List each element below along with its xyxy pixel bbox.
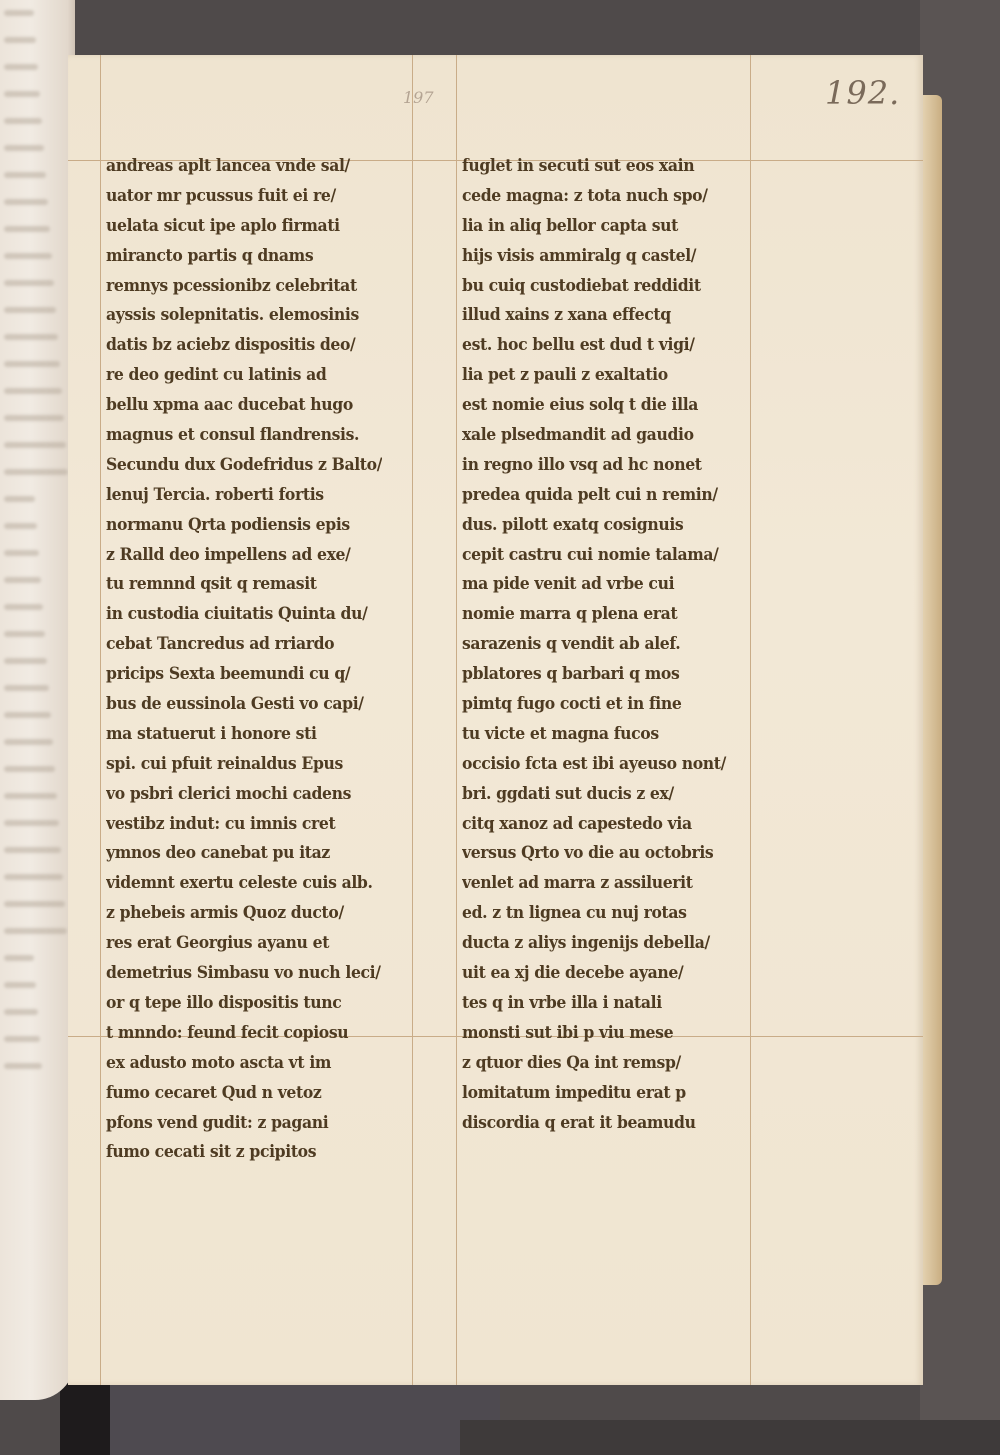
manuscript-line: hijs visis ammiralg q castel/ bbox=[462, 242, 738, 272]
manuscript-line: nomie marra q plena erat bbox=[462, 600, 738, 630]
manuscript-line: in custodia ciuitatis Quinta du/ bbox=[106, 600, 382, 630]
manuscript-line: ducta z aliys ingenijs debella/ bbox=[462, 929, 738, 959]
manuscript-line: remnys pcessionibz celebritat bbox=[106, 272, 382, 302]
facing-page-text-ghost bbox=[4, 766, 55, 772]
facing-page-left bbox=[0, 0, 75, 1400]
manuscript-line: andreas aplt lancea vnde sal/ bbox=[106, 152, 382, 182]
facing-page-text-ghost bbox=[4, 172, 46, 178]
manuscript-line: t mnndo: feund fecit copiosu bbox=[106, 1019, 382, 1049]
manuscript-line: z Ralld deo impellens ad exe/ bbox=[106, 541, 382, 571]
facing-page-text-ghost bbox=[4, 334, 58, 340]
manuscript-line: datis bz aciebz dispositis deo/ bbox=[106, 331, 382, 361]
facing-page-text-ghost bbox=[4, 739, 53, 745]
facing-page-text-ghost bbox=[4, 91, 40, 97]
folio-number: 192. bbox=[825, 74, 900, 112]
facing-page-text-ghost bbox=[4, 577, 41, 583]
manuscript-line: uator mr pcussus fuit ei re/ bbox=[106, 182, 382, 212]
manuscript-line: ymnos deo canebat pu itaz bbox=[106, 839, 382, 869]
ruling-vertical-left-outer bbox=[100, 55, 101, 1385]
text-column-left: andreas aplt lancea vnde sal/uator mr pc… bbox=[106, 152, 406, 1168]
manuscript-line: in regno illo vsq ad hc nonet bbox=[462, 451, 738, 481]
manuscript-line: fumo cecati sit z pcipitos bbox=[106, 1138, 382, 1168]
facing-page-text-ghost bbox=[4, 550, 39, 556]
manuscript-line: ayssis solepnitatis. elemosinis bbox=[106, 301, 382, 331]
manuscript-line: lia in aliq bellor capta sut bbox=[462, 212, 738, 242]
facing-page-text-ghost bbox=[4, 1009, 38, 1015]
manuscript-line: fumo cecaret Qud n vetoz bbox=[106, 1079, 382, 1109]
facing-page-text-ghost bbox=[4, 145, 44, 151]
manuscript-line: bellu xpma aac ducebat hugo bbox=[106, 391, 382, 421]
ruling-vertical-right-inner bbox=[456, 55, 457, 1385]
manuscript-line: tes q in vrbe illa i natali bbox=[462, 989, 738, 1019]
manuscript-line: cebat Tancredus ad rriardo bbox=[106, 630, 382, 660]
facing-page-text-ghost bbox=[4, 442, 66, 448]
manuscript-line: cede magna: z tota nuch spo/ bbox=[462, 182, 738, 212]
folio-number-faint: 197 bbox=[403, 88, 434, 107]
facing-page-text-ghost bbox=[4, 874, 63, 880]
manuscript-line: videmnt exertu celeste cuis alb. bbox=[106, 869, 382, 899]
manuscript-line: est. hoc bellu est dud t vigi/ bbox=[462, 331, 738, 361]
manuscript-line: monsti sut ibi p viu mese bbox=[462, 1019, 738, 1049]
facing-page-text-ghost bbox=[4, 712, 51, 718]
facing-page-text-ghost bbox=[4, 1063, 42, 1069]
manuscript-line: pricips Sexta beemundi cu q/ bbox=[106, 660, 382, 690]
manuscript-line: ma pide venit ad vrbe cui bbox=[462, 570, 738, 600]
facing-page-text-ghost bbox=[4, 496, 35, 502]
facing-page-text-ghost bbox=[4, 820, 59, 826]
manuscript-line: bri. ggdati sut ducis z ex/ bbox=[462, 780, 738, 810]
manuscript-line: discordia q erat it beamudu bbox=[462, 1109, 738, 1139]
facing-page-text-ghost bbox=[4, 523, 37, 529]
manuscript-line: normanu Qrta podiensis epis bbox=[106, 511, 382, 541]
manuscript-line: bus de eussinola Gesti vo capi/ bbox=[106, 690, 382, 720]
manuscript-line: lomitatum impeditu erat p bbox=[462, 1079, 738, 1109]
manuscript-line: ma statuerut i honore sti bbox=[106, 720, 382, 750]
facing-page-text-ghost bbox=[4, 1036, 40, 1042]
facing-page-text-ghost bbox=[4, 10, 34, 16]
facing-page-text-ghost bbox=[4, 982, 36, 988]
facing-page-text-ghost bbox=[4, 37, 36, 43]
manuscript-line: ed. z tn lignea cu nuj rotas bbox=[462, 899, 738, 929]
manuscript-line: tu remnnd qsit q remasit bbox=[106, 570, 382, 600]
manuscript-line: or q tepe illo dispositis tunc bbox=[106, 989, 382, 1019]
manuscript-line: z qtuor dies Qa int remsp/ bbox=[462, 1049, 738, 1079]
manuscript-line: pimtq fugo cocti et in fine bbox=[462, 690, 738, 720]
facing-page-text-ghost bbox=[4, 199, 48, 205]
manuscript-line: lia pet z pauli z exaltatio bbox=[462, 361, 738, 391]
page-edge-deckle bbox=[920, 95, 942, 1285]
manuscript-line: tu victe et magna fucos bbox=[462, 720, 738, 750]
manuscript-line: lenuj Tercia. roberti fortis bbox=[106, 481, 382, 511]
facing-page-text-ghost bbox=[4, 604, 43, 610]
manuscript-line: vo psbri clerici mochi cadens bbox=[106, 780, 382, 810]
facing-page-text-ghost bbox=[4, 685, 49, 691]
manuscript-line: z phebeis armis Quoz ducto/ bbox=[106, 899, 382, 929]
manuscript-line: uelata sicut ipe aplo firmati bbox=[106, 212, 382, 242]
manuscript-line: cepit castru cui nomie talama/ bbox=[462, 541, 738, 571]
facing-page-text-ghost bbox=[4, 361, 60, 367]
manuscript-line: fuglet in secuti sut eos xain bbox=[462, 152, 738, 182]
facing-page-text-ghost bbox=[4, 64, 38, 70]
manuscript-line: spi. cui pfuit reinaldus Epus bbox=[106, 750, 382, 780]
manuscript-line: xale plsedmandit ad gaudio bbox=[462, 421, 738, 451]
manuscript-line: pblatores q barbari q mos bbox=[462, 660, 738, 690]
manuscript-line: re deo gedint cu latinis ad bbox=[106, 361, 382, 391]
facing-page-text-ghost bbox=[4, 631, 45, 637]
support-board-edge bbox=[460, 1420, 1000, 1455]
facing-page-text-ghost bbox=[4, 793, 57, 799]
facing-page-text-ghost bbox=[4, 280, 54, 286]
manuscript-line: uit ea xj die decebe ayane/ bbox=[462, 959, 738, 989]
facing-page-text-ghost bbox=[4, 388, 62, 394]
facing-page-text-ghost bbox=[4, 469, 68, 475]
manuscript-line: est nomie eius solq t die illa bbox=[462, 391, 738, 421]
manuscript-line: ex adusto moto ascta vt im bbox=[106, 1049, 382, 1079]
facing-page-text-ghost bbox=[4, 847, 61, 853]
manuscript-line: res erat Georgius ayanu et bbox=[106, 929, 382, 959]
facing-page-text-ghost bbox=[4, 415, 64, 421]
manuscript-line: vestibz indut: cu imnis cret bbox=[106, 810, 382, 840]
facing-page-text-ghost bbox=[4, 253, 52, 259]
manuscript-line: dus. pilott exatq cosignuis bbox=[462, 511, 738, 541]
manuscript-line: predea quida pelt cui n remin/ bbox=[462, 481, 738, 511]
manuscript-line: magnus et consul flandrensis. bbox=[106, 421, 382, 451]
manuscript-line: bu cuiq custodiebat reddidit bbox=[462, 272, 738, 302]
facing-page-text-ghost bbox=[4, 118, 42, 124]
text-column-right: fuglet in secuti sut eos xaincede magna:… bbox=[462, 152, 762, 1138]
facing-page-text-ghost bbox=[4, 658, 47, 664]
manuscript-line: versus Qrto vo die au octobris bbox=[462, 839, 738, 869]
facing-page-text-ghost bbox=[4, 901, 65, 907]
facing-page-text-ghost bbox=[4, 307, 56, 313]
manuscript-line: sarazenis q vendit ab alef. bbox=[462, 630, 738, 660]
manuscript-line: venlet ad marra z assiluerit bbox=[462, 869, 738, 899]
manuscript-line: mirancto partis q dnams bbox=[106, 242, 382, 272]
manuscript-line: demetrius Simbasu vo nuch leci/ bbox=[106, 959, 382, 989]
manuscript-line: Secundu dux Godefridus z Balto/ bbox=[106, 451, 382, 481]
manuscript-line: illud xains z xana effectq bbox=[462, 301, 738, 331]
facing-page-text-ghost bbox=[4, 928, 67, 934]
manuscript-line: pfons vend gudit: z pagani bbox=[106, 1109, 382, 1139]
manuscript-line: occisio fcta est ibi ayeuso nont/ bbox=[462, 750, 738, 780]
facing-page-text-ghost bbox=[4, 955, 34, 961]
manuscript-line: citq xanoz ad capestedo via bbox=[462, 810, 738, 840]
facing-page-text-ghost bbox=[4, 226, 50, 232]
ruling-vertical-left-inner bbox=[412, 55, 413, 1385]
